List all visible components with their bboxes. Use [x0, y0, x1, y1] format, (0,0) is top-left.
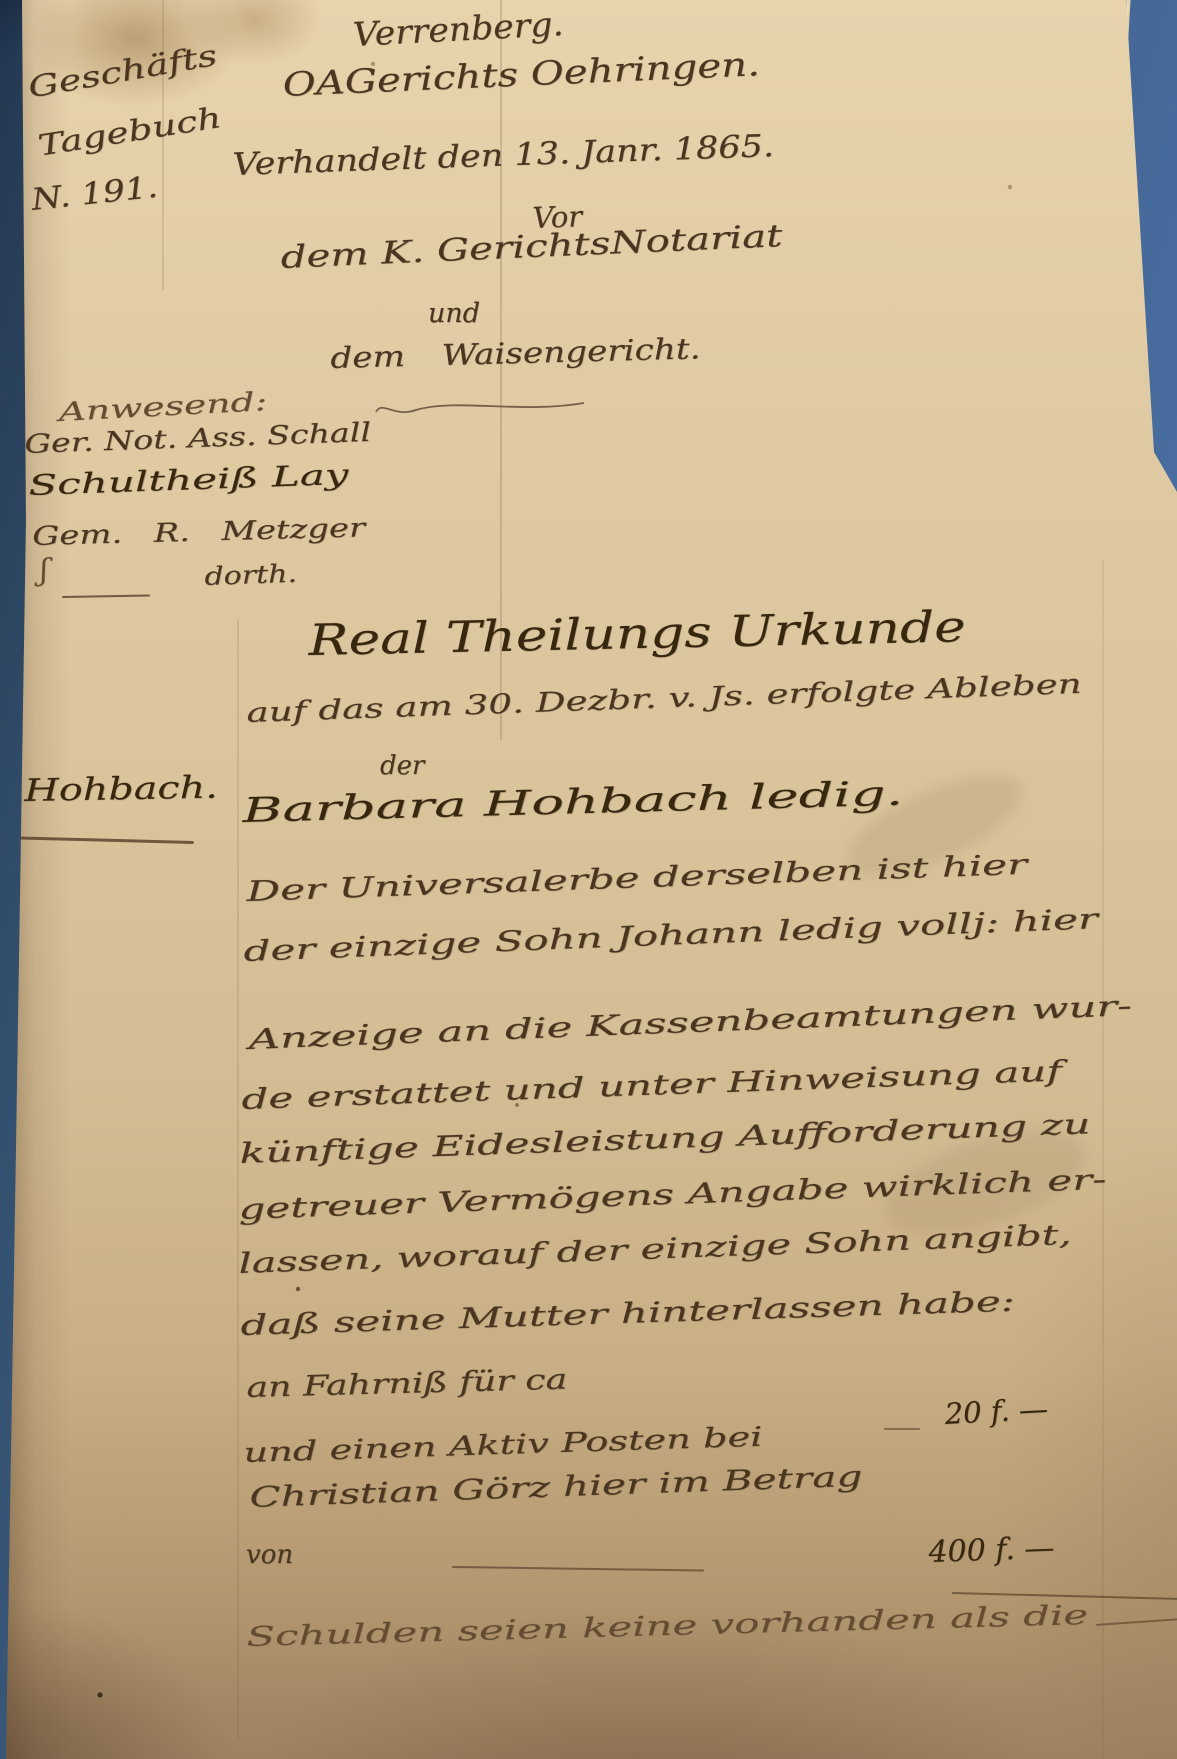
- manuscript-paper: Verrenberg. OAGerichts Oehringen. Verhan…: [0, 0, 1177, 1759]
- amount-value: 400 f. —: [928, 1534, 1055, 1568]
- amount-leader-dash: [884, 1428, 920, 1430]
- asset-line-von: von: [246, 1542, 293, 1568]
- fold-crease: [1102, 560, 1104, 1759]
- amount-value: 20 f. —: [944, 1395, 1049, 1429]
- header-und: und: [428, 300, 480, 327]
- fold-crease: [162, 0, 164, 290]
- header-place: Verrenberg.: [352, 7, 564, 51]
- attendee-row: dorth.: [204, 561, 297, 589]
- pen-flourish: [370, 396, 590, 422]
- paraph-mark: ʃ: [40, 556, 48, 586]
- fold-crease: [237, 620, 239, 1740]
- margin-case-label: Hohbach.: [24, 773, 218, 807]
- asset-line-fahrniss: an Fahrniß für ca: [246, 1366, 568, 1402]
- deed-intro-line: der: [380, 753, 424, 779]
- scanned-document-photo: Verrenberg. OAGerichts Oehringen. Verhan…: [0, 0, 1177, 1759]
